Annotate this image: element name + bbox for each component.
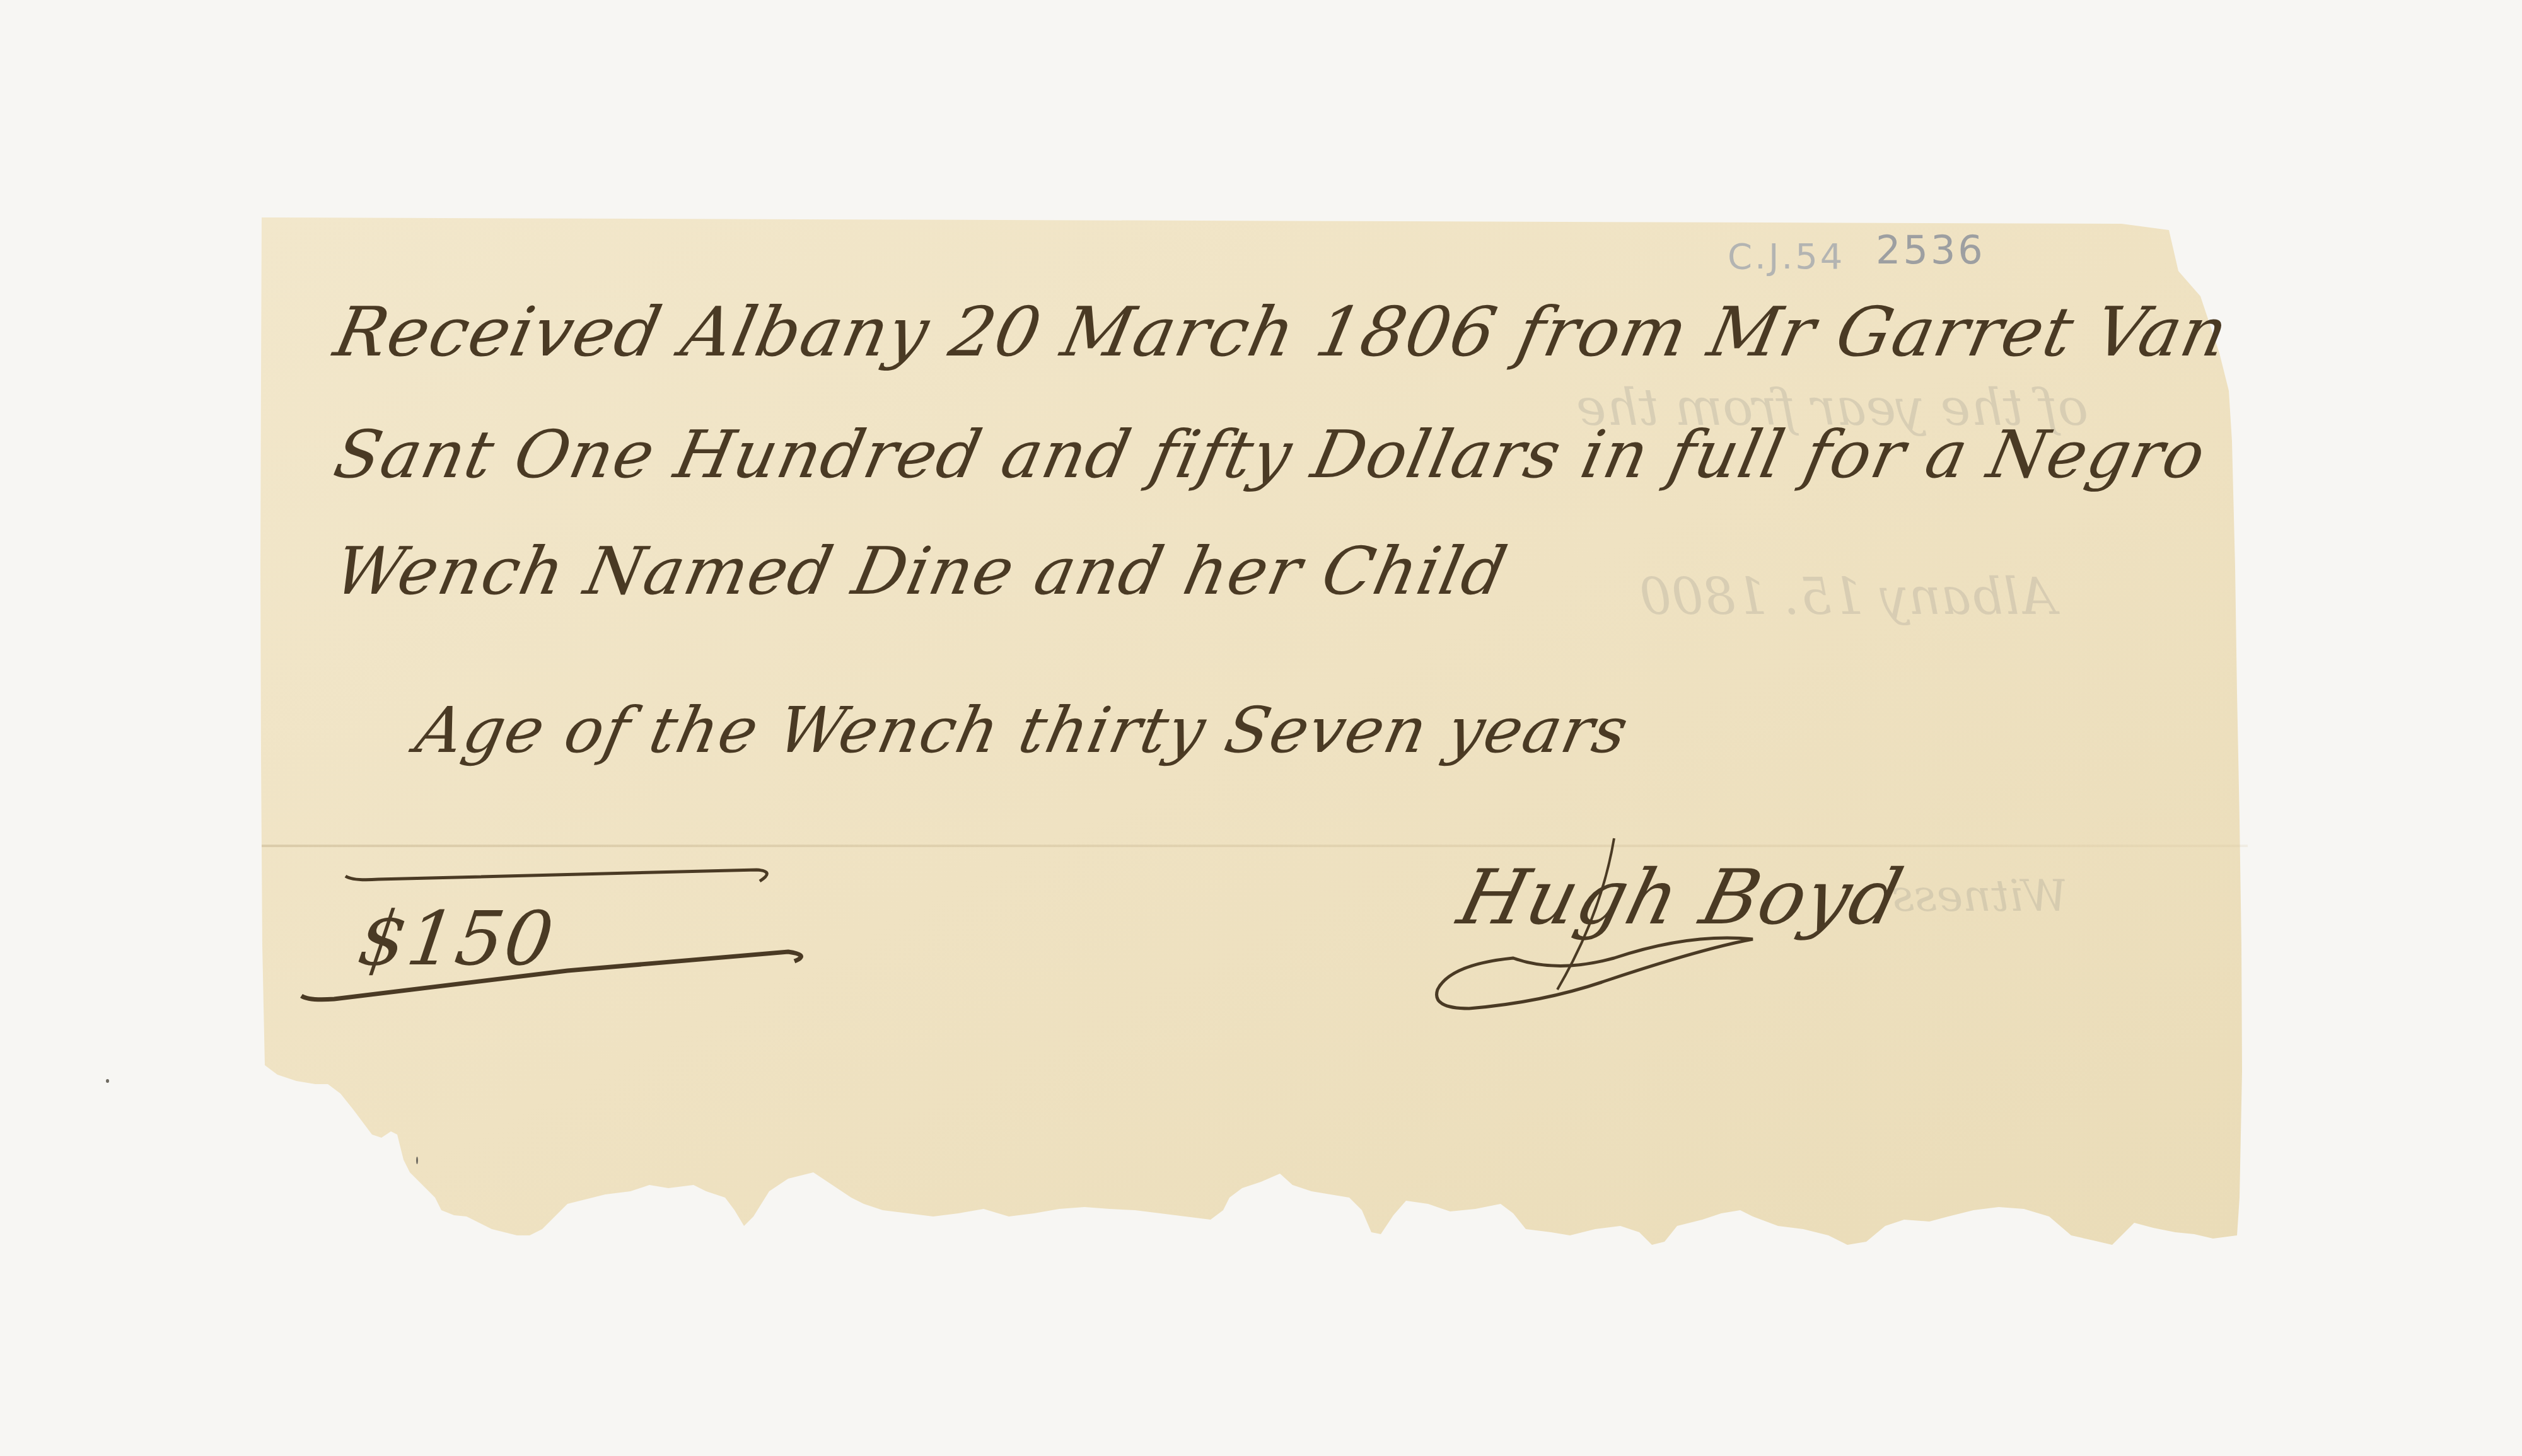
- paper-fold-line: [262, 845, 2248, 847]
- bleed-through-text: Witness: [1891, 870, 2068, 922]
- archival-catalog-number: 2536: [1876, 227, 1985, 273]
- bleed-through-text: Albany 15. 1800: [1639, 567, 2056, 626]
- scan-speck: [416, 1157, 418, 1164]
- receipt-line-2: Sant One Hundred and fifty Dollars in fu…: [328, 416, 2213, 493]
- document-paper: of the year from the Albany 15. 1800 Wit…: [0, 0, 2522, 1456]
- signature: Hugh Boyd: [1450, 854, 1912, 942]
- receipt-line-1: Received Albany 20 March 1806 from Mr Ga…: [328, 293, 2235, 372]
- archival-pencil-mark: C.J.54: [1728, 236, 1845, 277]
- receipt-amount: $150: [353, 895, 560, 982]
- receipt-line-4: Age of the Wench thirty Seven years: [410, 693, 1636, 767]
- scan-speck: [106, 1079, 109, 1083]
- receipt-line-3: Wench Named Dine and her Child: [328, 533, 1514, 610]
